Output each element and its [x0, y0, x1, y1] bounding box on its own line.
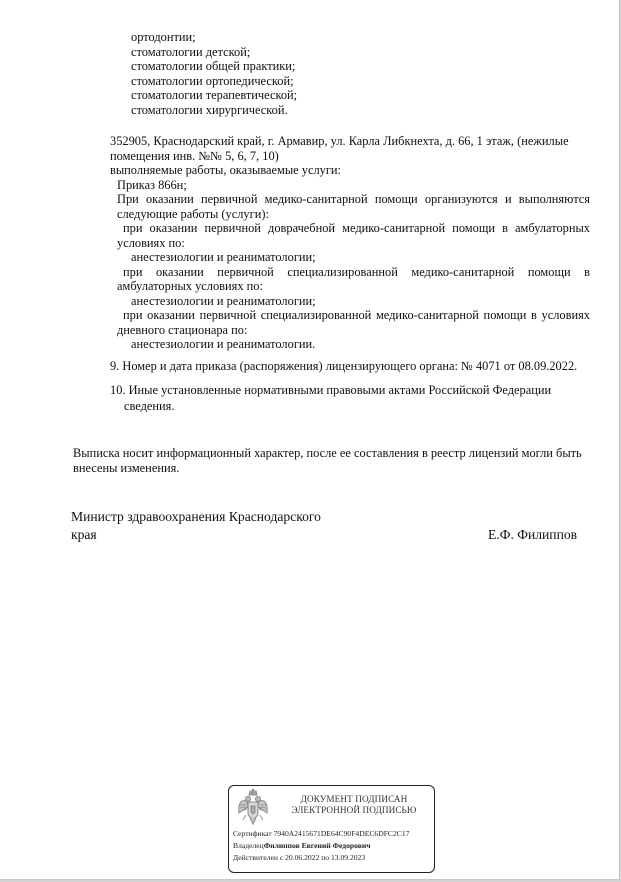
- stamp-title-line-2: ЭЛЕКТРОННОЙ ПОДПИСЬЮ: [279, 805, 429, 816]
- notice-line-2: внесены изменения.: [73, 461, 179, 476]
- document-page: ортодонтии; стоматологии детской; стомат…: [0, 0, 620, 880]
- block1-line-1: при оказании первичной доврачебной медик…: [123, 221, 590, 236]
- order-reference: Приказ 866н;: [117, 178, 187, 193]
- list-item: ортодонтии;: [131, 30, 196, 45]
- signatory-name: Е.Ф. Филиппов: [488, 527, 577, 543]
- block3-line-1-text: при оказании первичной специализированно…: [123, 308, 590, 323]
- list-item: стоматологии ортопедической;: [131, 74, 294, 89]
- certificate-line: Сертификат 7940A2415671DE64C90F4DEC6DFC2…: [233, 829, 409, 838]
- block1-item: анестезиологии и реаниматологии;: [131, 250, 316, 265]
- owner-line: ВладелецФилиппов Евгений Федорович: [233, 841, 371, 850]
- list-item: стоматологии общей практики;: [131, 59, 295, 74]
- notice-line-1: Выписка носит информационный характер, п…: [73, 446, 582, 461]
- address-line-1: 352905, Краснодарский край, г. Армавир, …: [110, 134, 569, 149]
- block1-line-2: условиях по:: [117, 236, 185, 251]
- block3-line-1: при оказании первичной специализированно…: [123, 308, 590, 323]
- signatory-title-line-1: Министр здравоохранения Краснодарского: [71, 509, 321, 525]
- block2-item: анестезиологии и реаниматологии;: [131, 294, 316, 309]
- russian-coat-of-arms-icon: [236, 789, 270, 827]
- intro-line-1-text: При оказании первичной медико-санитарной…: [117, 192, 590, 207]
- list-item: стоматологии детской;: [131, 45, 250, 60]
- validity-line: Действителен с 20.06.2022 по 13.09.2023: [233, 853, 365, 862]
- item-10-line-2: сведения.: [124, 399, 174, 414]
- block3-item: анестезиологии и реаниматологии.: [131, 337, 315, 352]
- owner-value: Филиппов Евгений Федорович: [264, 841, 371, 850]
- certificate-label: Сертификат: [233, 829, 272, 838]
- block2-line-1: при оказании первичной специализированно…: [123, 265, 590, 280]
- electronic-signature-stamp: ДОКУМЕНТ ПОДПИСАН ЭЛЕКТРОННОЙ ПОДПИСЬЮ С…: [228, 785, 435, 873]
- block1-line-1-text: при оказании первичной доврачебной медик…: [123, 221, 590, 236]
- block2-line-2: амбулаторных условиях по:: [117, 279, 263, 294]
- intro-line-2: следующие работы (услуги):: [117, 207, 269, 222]
- block2-line-1-text: при оказании первичной специализированно…: [123, 265, 590, 280]
- block3-line-2: дневного стационара по:: [117, 323, 247, 338]
- item-9: 9. Номер и дата приказа (распоряжения) л…: [110, 359, 577, 374]
- works-heading: выполняемые работы, оказываемые услуги:: [110, 163, 341, 178]
- stamp-title-line-1: ДОКУМЕНТ ПОДПИСАН: [279, 794, 429, 805]
- signatory-title-line-2: края: [71, 527, 97, 543]
- address-line-2: помещения инв. №№ 5, 6, 7, 10): [110, 149, 279, 164]
- certificate-value: 7940A2415671DE64C90F4DEC6DFC2C17: [274, 829, 410, 838]
- stamp-title: ДОКУМЕНТ ПОДПИСАН ЭЛЕКТРОННОЙ ПОДПИСЬЮ: [279, 794, 429, 816]
- owner-label: Владелец: [233, 841, 264, 850]
- list-item: стоматологии терапевтической;: [131, 88, 297, 103]
- item-10-line-1: 10. Иные установленные нормативными прав…: [110, 383, 551, 398]
- intro-line-1: При оказании первичной медико-санитарной…: [117, 192, 590, 207]
- list-item: стоматологии хирургической.: [131, 103, 288, 118]
